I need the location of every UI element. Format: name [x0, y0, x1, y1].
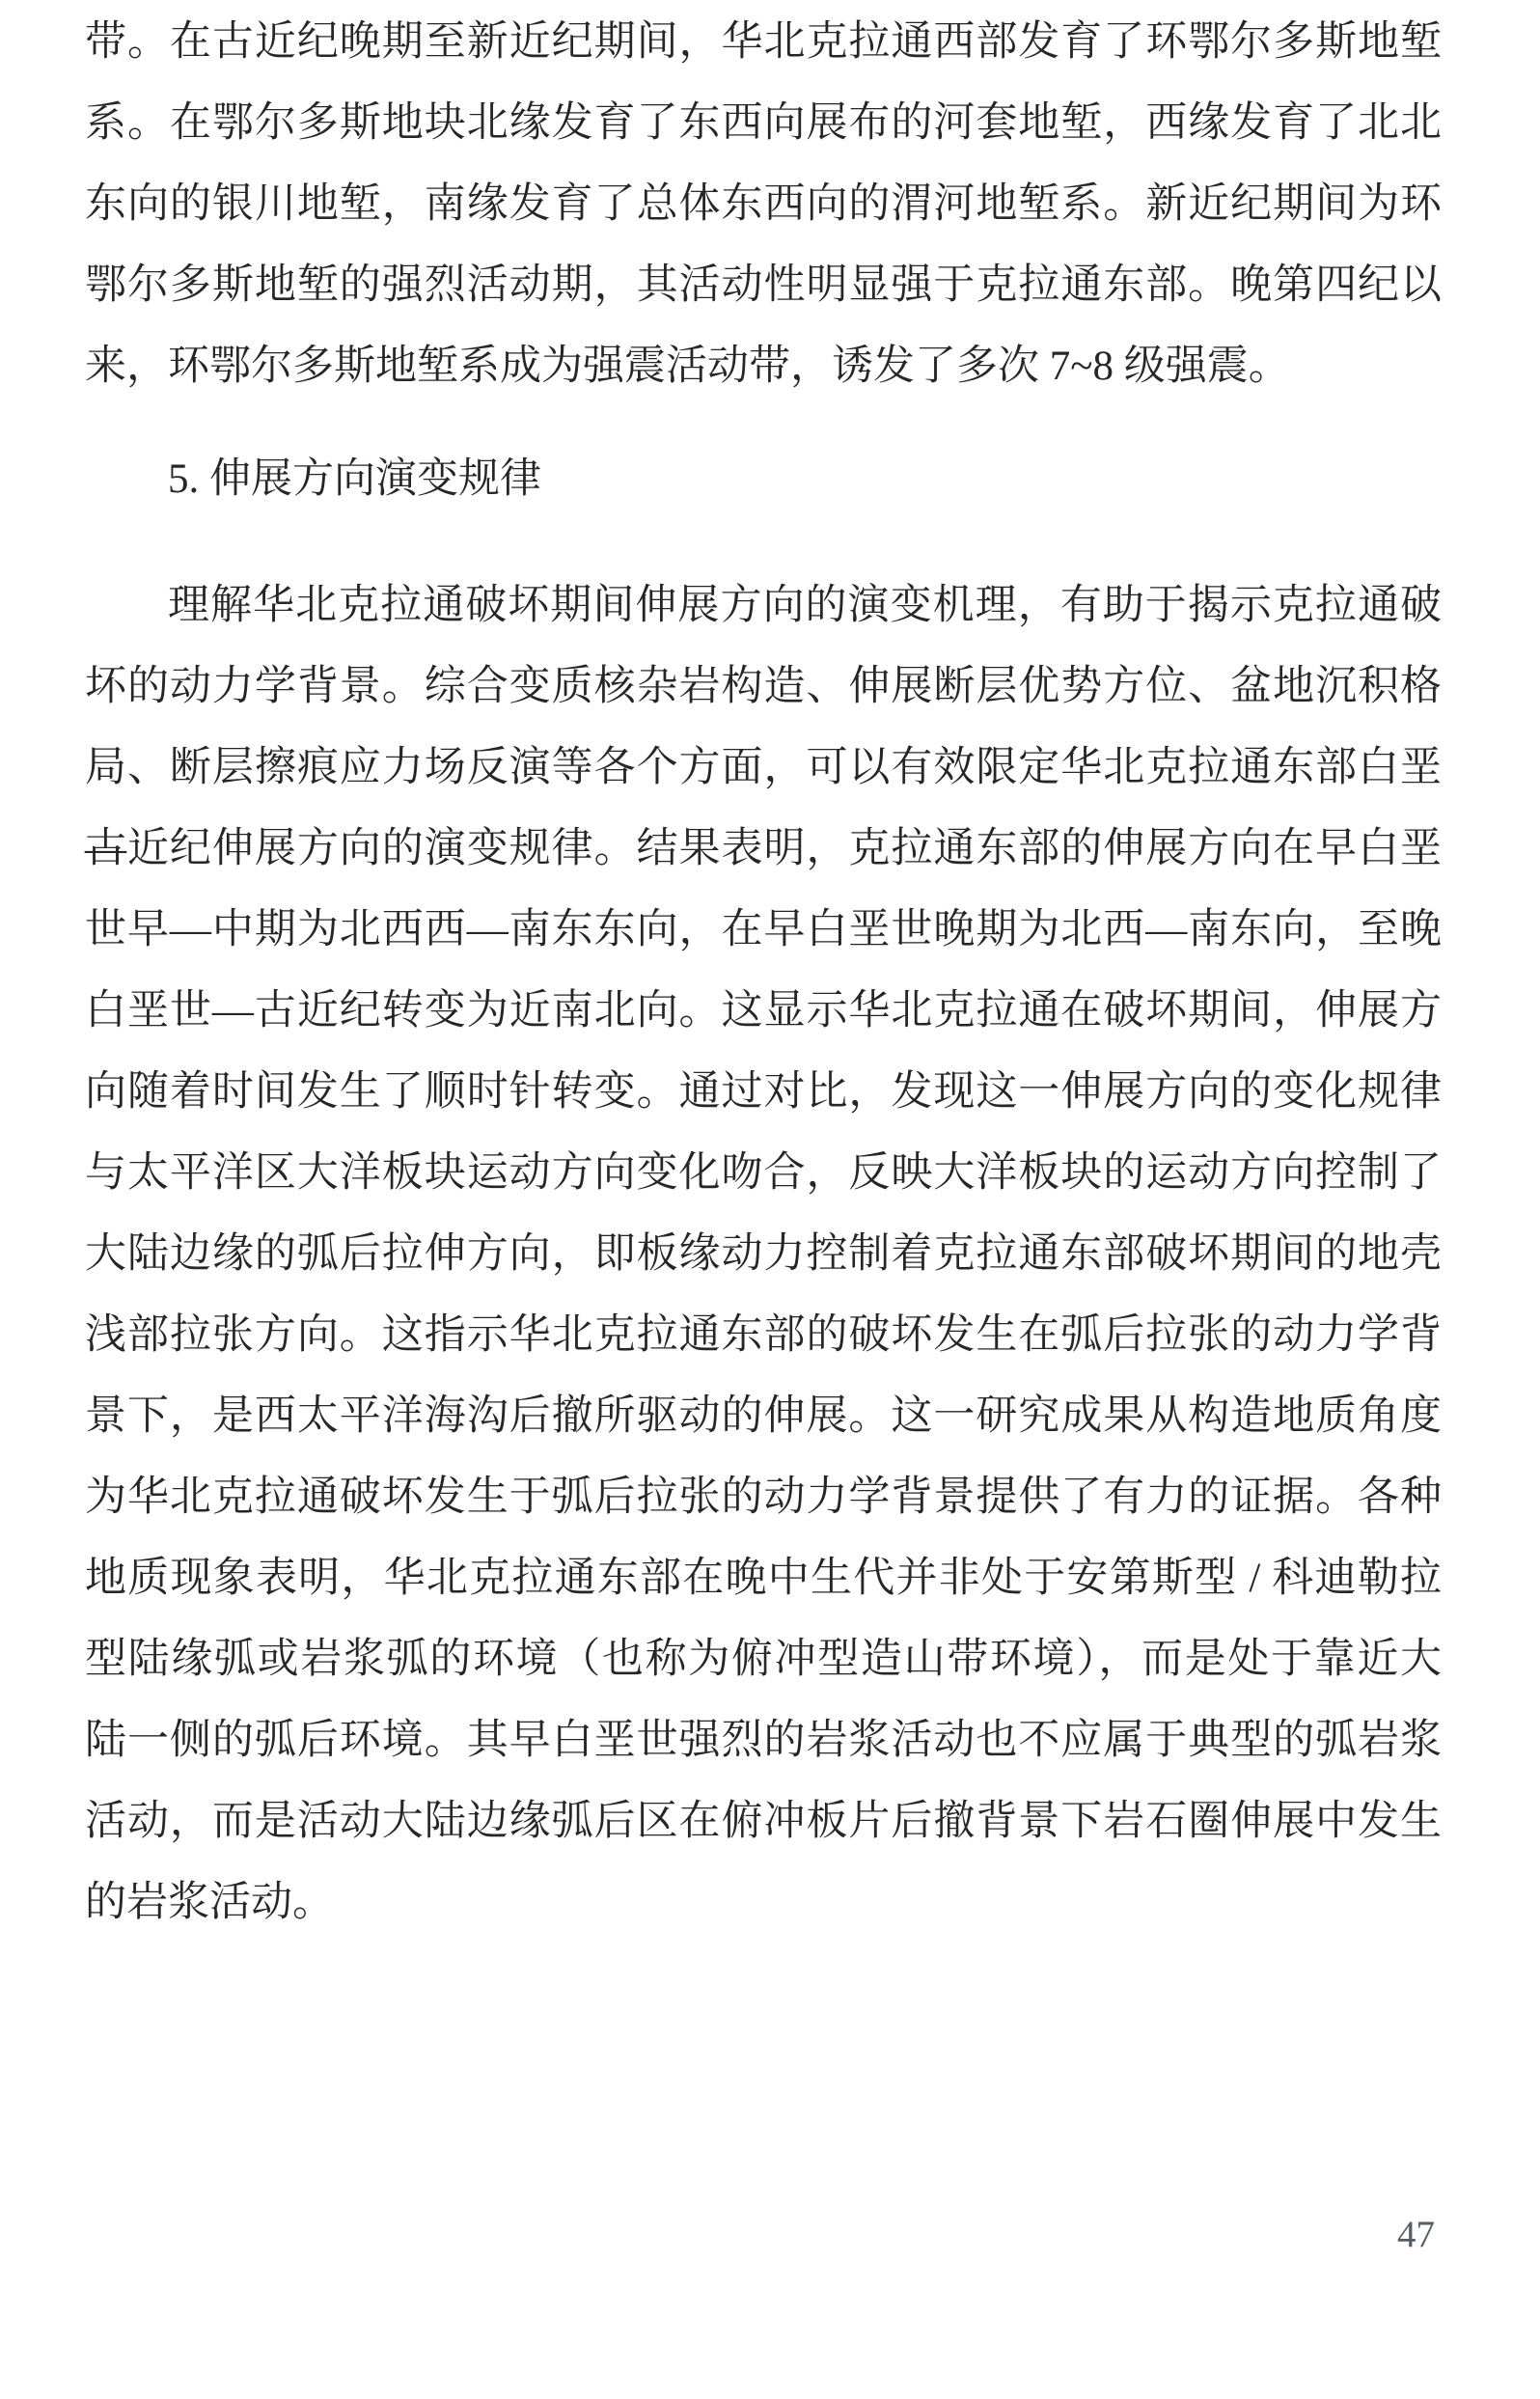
text-line: 理解华北克拉通破坏期间伸展方向的演变机理，有助于揭示克拉通破 [85, 565, 1442, 647]
book-page: 带。在古近纪晚期至新近纪期间，华北克拉通西部发育了环鄂尔多斯地堑 系。在鄂尔多斯… [0, 0, 1540, 2399]
text-line: 向随着时间发生了顺时针转变。通过对比，发现这一伸展方向的变化规律 [85, 1052, 1442, 1133]
section-heading: 5. 伸展方向演变规律 [85, 439, 1442, 520]
text-line: 古近纪伸展方向的演变规律。结果表明，克拉通东部的伸展方向在早白垩 [85, 809, 1442, 890]
text-line: 坏的动力学背景。综合变质核杂岩构造、伸展断层优势方位、盆地沉积格 [85, 647, 1442, 728]
text-line: 系。在鄂尔多斯地块北缘发育了东西向展布的河套地堑，西缘发育了北北 [85, 83, 1442, 164]
text-line: 世早—中期为北西西—南东东向，在早白垩世晚期为北西—南东向，至晚 [85, 890, 1442, 971]
text-line: 的岩浆活动。 [85, 1862, 1442, 1944]
text-line: 景下，是西太平洋海沟后撤所驱动的伸展。这一研究成果从构造地质角度 [85, 1376, 1442, 1457]
text-line: 白垩世—古近纪转变为近南北向。这显示华北克拉通在破坏期间，伸展方 [85, 971, 1442, 1052]
text-line: 东向的银川地堑，南缘发育了总体东西向的渭河地堑系。新近纪期间为环 [85, 164, 1442, 245]
page-number: 47 [1397, 2214, 1435, 2256]
text-line: 大陆边缘的弧后拉伸方向，即板缘动力控制着克拉通东部破坏期间的地壳 [85, 1214, 1442, 1295]
text-line: 来，环鄂尔多斯地堑系成为强震活动带，诱发了多次 7~8 级强震。 [85, 326, 1442, 407]
text-line: 陆一侧的弧后环境。其早白垩世强烈的岩浆活动也不应属于典型的弧岩浆 [85, 1700, 1442, 1781]
text-line: 浅部拉张方向。这指示华北克拉通东部的破坏发生在弧后拉张的动力学背 [85, 1295, 1442, 1376]
text-line: 活动，而是活动大陆边缘弧后区在俯冲板片后撤背景下岩石圈伸展中发生 [85, 1781, 1442, 1862]
text-line: 局、断层擦痕应力场反演等各个方面，可以有效限定华北克拉通东部白垩— [85, 728, 1442, 809]
text-line: 与太平洋区大洋板块运动方向变化吻合，反映大洋板块的运动方向控制了 [85, 1133, 1442, 1214]
text-line: 型陆缘弧或岩浆弧的环境（也称为俯冲型造山带环境），而是处于靠近大 [85, 1619, 1442, 1700]
text-line: 带。在古近纪晚期至新近纪期间，华北克拉通西部发育了环鄂尔多斯地堑 [85, 2, 1442, 83]
body-paragraph: 理解华北克拉通破坏期间伸展方向的演变机理，有助于揭示克拉通破 坏的动力学背景。综… [85, 565, 1442, 1944]
section-heading-block: 5. 伸展方向演变规律 [85, 439, 1442, 520]
text-line: 鄂尔多斯地堑的强烈活动期，其活动性明显强于克拉通东部。晚第四纪以 [85, 245, 1442, 326]
text-line: 为华北克拉通破坏发生于弧后拉张的动力学背景提供了有力的证据。各种 [85, 1457, 1442, 1538]
text-line: 地质现象表明，华北克拉通东部在晚中生代并非处于安第斯型 / 科迪勒拉 [85, 1538, 1442, 1619]
continuation-paragraph: 带。在古近纪晚期至新近纪期间，华北克拉通西部发育了环鄂尔多斯地堑 系。在鄂尔多斯… [85, 2, 1442, 407]
